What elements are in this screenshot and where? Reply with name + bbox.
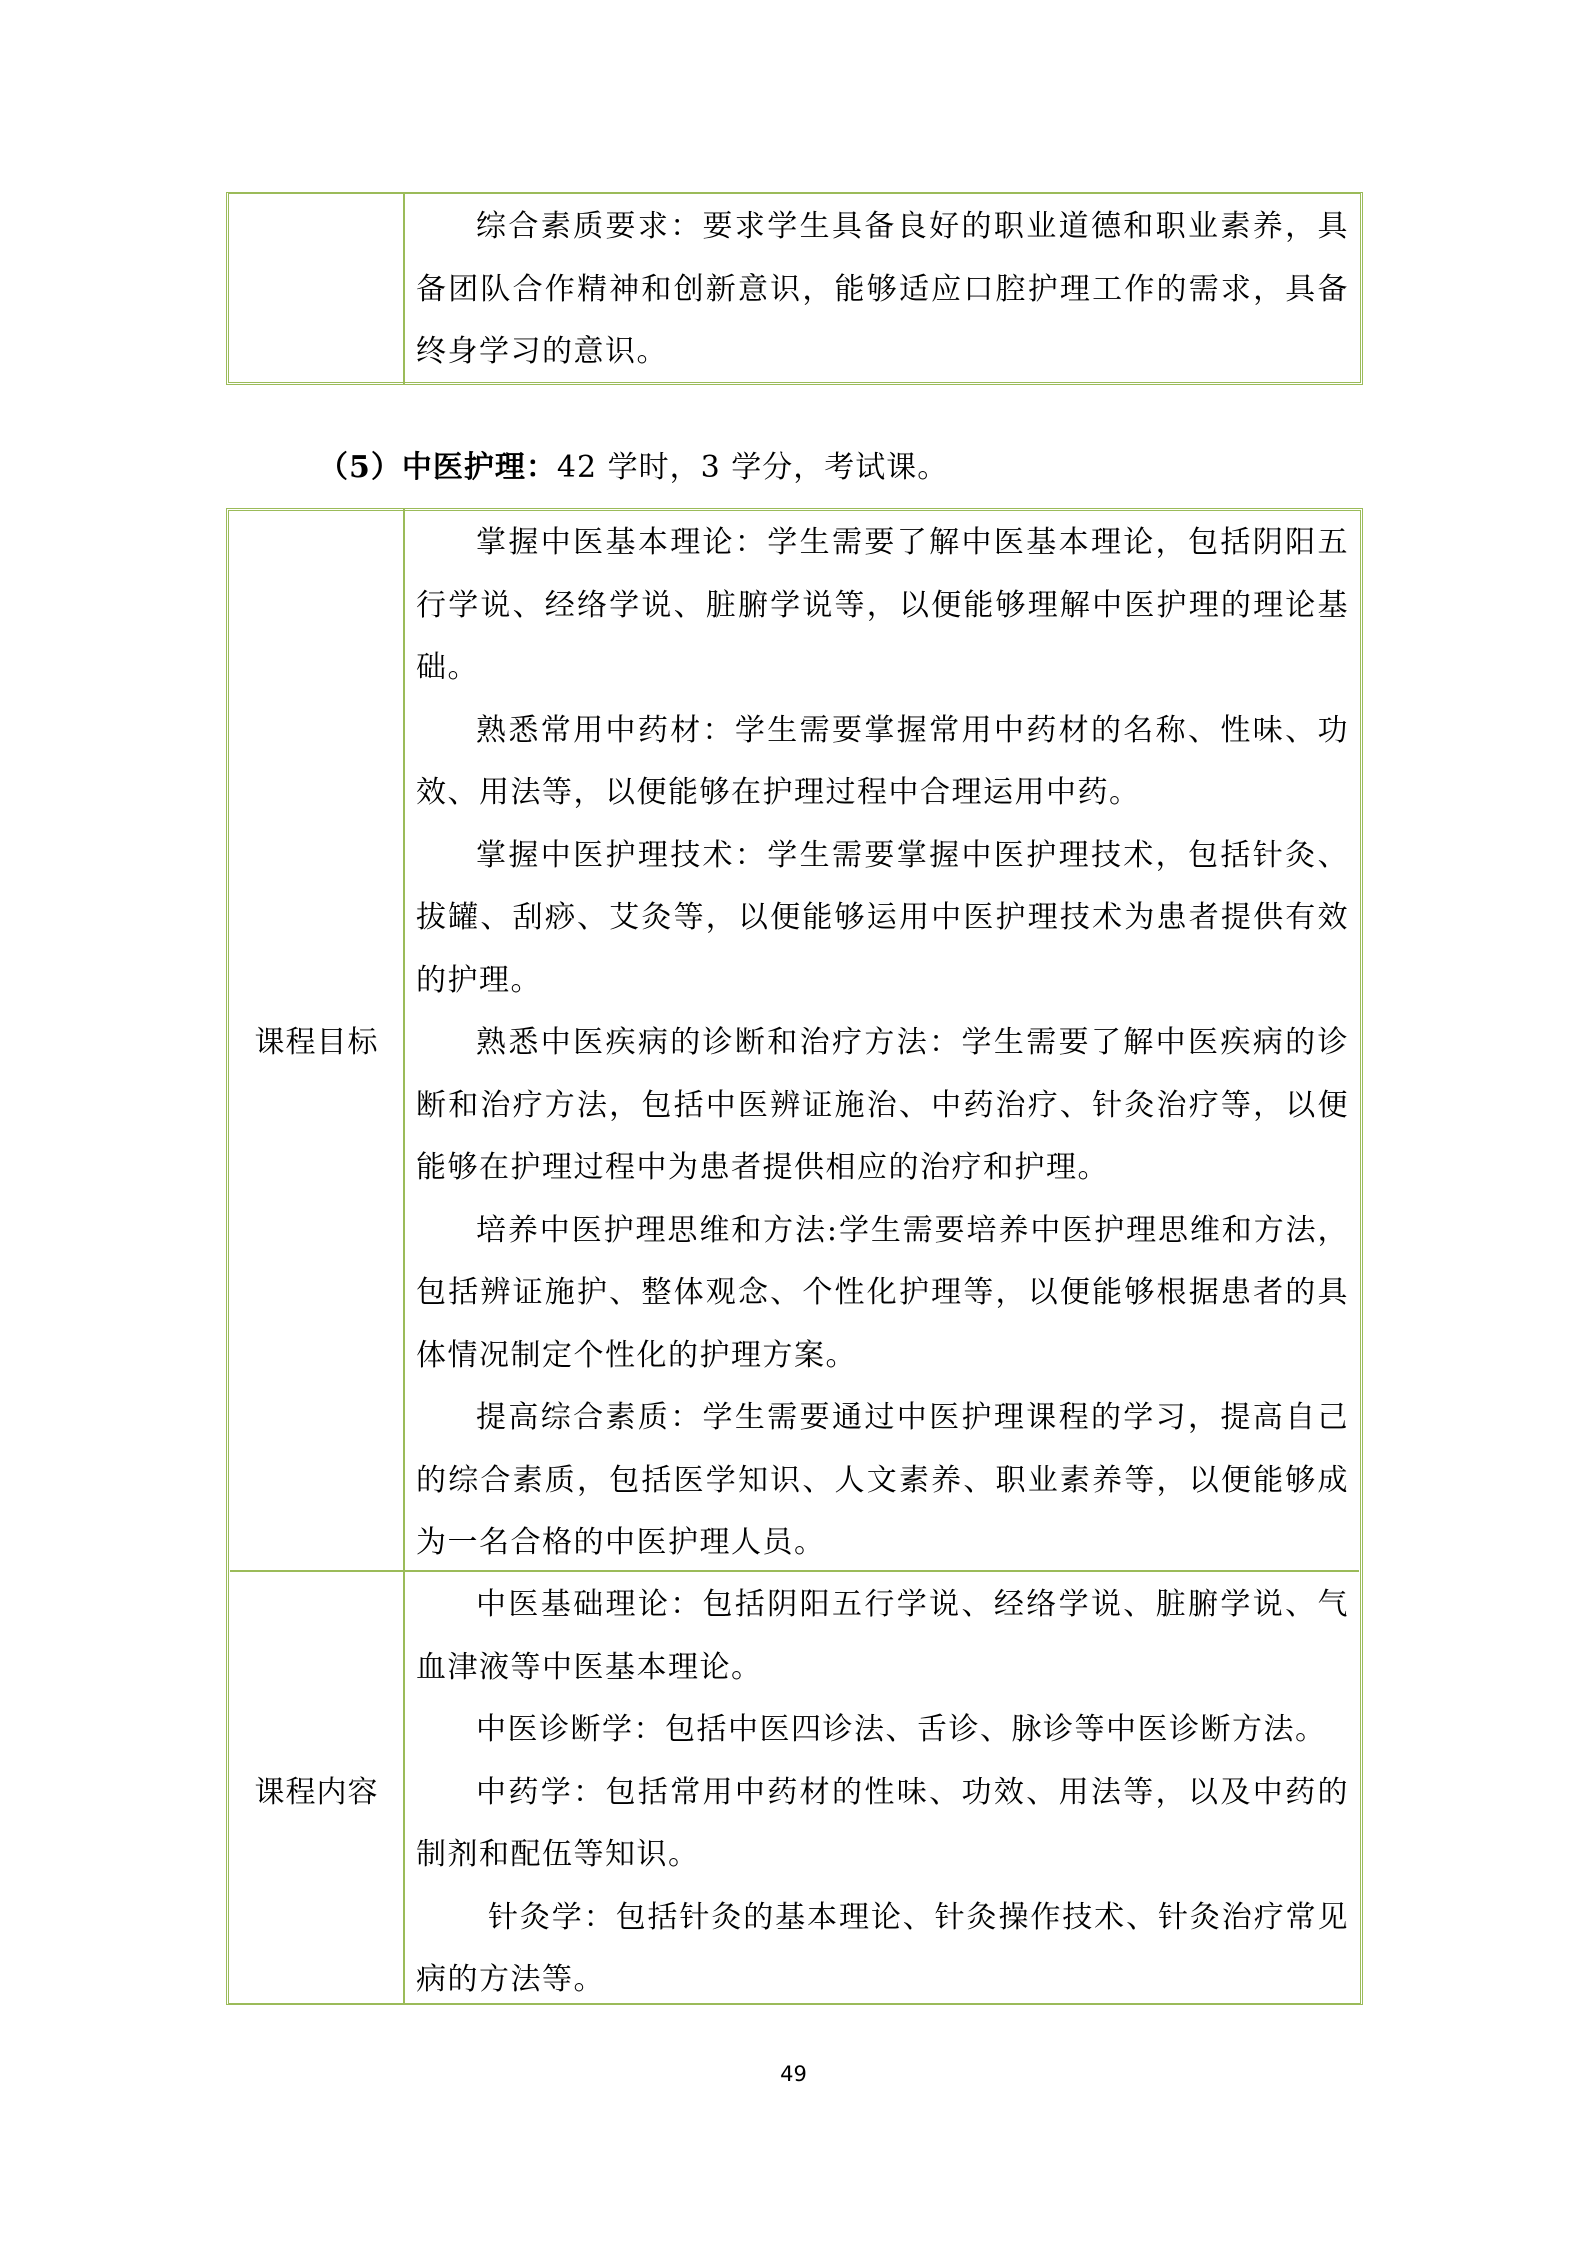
section-heading: （5）中医护理：42 学时，3 学分，考试课。	[318, 446, 948, 490]
paragraph: 针灸学：包括针灸的基本理论、针灸操作技术、针灸治疗常见病的方法等。	[416, 1887, 1349, 2012]
row-label-course-content: 课程内容	[230, 1572, 403, 2005]
row-content-course-objectives: 掌握中医基本理论：学生需要了解中医基本理论，包括阴阳五行学说、经络学说、脏腑学说…	[416, 512, 1349, 1575]
paragraph: 掌握中医基本理论：学生需要了解中医基本理论，包括阴阳五行学说、经络学说、脏腑学说…	[416, 512, 1349, 700]
section-title: （5）中医护理：	[318, 450, 557, 485]
row-label	[230, 192, 403, 385]
paragraph: 中药学：包括常用中药材的性味、功效、用法等，以及中药的制剂和配伍等知识。	[416, 1762, 1349, 1887]
column-divider	[403, 508, 405, 2005]
paragraph: 熟悉中医疾病的诊断和治疗方法：学生需要了解中医疾病的诊断和治疗方法，包括中医辨证…	[416, 1012, 1349, 1200]
paragraph: 熟悉常用中药材：学生需要掌握常用中药材的名称、性味、功效、用法等，以便能够在护理…	[416, 700, 1349, 825]
document-page: 综合素质要求：要求学生具备良好的职业道德和职业素养，具备团队合作精神和创新意识，…	[0, 0, 1587, 2245]
row-label-course-objectives: 课程目标	[230, 508, 403, 1570]
paragraph: 掌握中医护理技术：学生需要掌握中医护理技术，包括针灸、拔罐、刮痧、艾灸等，以便能…	[416, 825, 1349, 1013]
paragraph: 中医诊断学：包括中医四诊法、舌诊、脉诊等中医诊断方法。	[416, 1699, 1349, 1762]
paragraph: 培养中医护理思维和方法:学生需要培养中医护理思维和方法，包括辨证施护、整体观念、…	[416, 1200, 1349, 1388]
row-content-course-content: 中医基础理论：包括阴阳五行学说、经络学说、脏腑学说、气血津液等中医基本理论。 中…	[416, 1574, 1349, 2012]
column-divider	[403, 192, 405, 385]
section-meta: 42 学时，3 学分，考试课。	[557, 450, 948, 485]
paragraph: 综合素质要求：要求学生具备良好的职业道德和职业素养，具备团队合作精神和创新意识，…	[416, 196, 1349, 384]
paragraph: 提高综合素质：学生需要通过中医护理课程的学习，提高自己的综合素质，包括医学知识、…	[416, 1387, 1349, 1575]
course-table: 课程目标 掌握中医基本理论：学生需要了解中医基本理论，包括阴阳五行学说、经络学说…	[226, 508, 1363, 2005]
paragraph: 中医基础理论：包括阴阳五行学说、经络学说、脏腑学说、气血津液等中医基本理论。	[416, 1574, 1349, 1699]
page-number: 49	[0, 2062, 1587, 2086]
previous-course-table: 综合素质要求：要求学生具备良好的职业道德和职业素养，具备团队合作精神和创新意识，…	[226, 192, 1363, 385]
row-content: 综合素质要求：要求学生具备良好的职业道德和职业素养，具备团队合作精神和创新意识，…	[416, 196, 1349, 384]
